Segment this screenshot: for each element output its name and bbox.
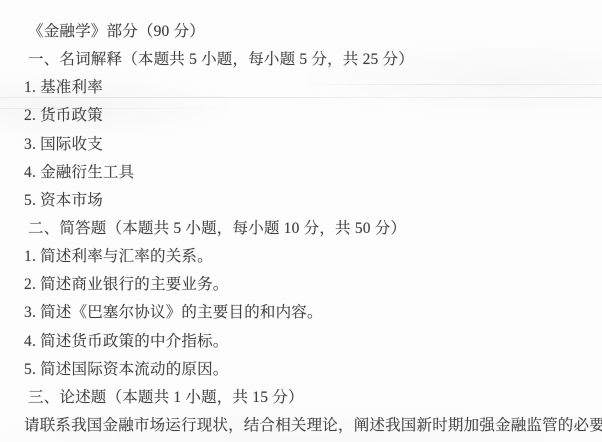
section-2-question-3: 3. 简述《巴塞尔协议》的主要目的和内容。 [0, 299, 602, 327]
section-2-question-4: 4. 简述货币政策的中介指标。 [0, 328, 602, 356]
section-2-question-2: 2. 简述商业银行的主要业务。 [0, 271, 602, 299]
section-1-question-1: 1. 基准利率 [0, 74, 602, 102]
section-1-question-4: 4. 金融衍生工具 [0, 159, 602, 187]
exam-part-title: 《金融学》部分（90 分） [0, 18, 602, 46]
section-1-question-3: 3. 国际收支 [0, 131, 602, 159]
section-2-question-1: 1. 简述利率与汇率的关系。 [0, 243, 602, 271]
section-3-heading: 三、论述题（本题共 1 小题，共 15 分） [0, 384, 602, 412]
section-1-heading: 一、名词解释（本题共 5 小题，每小题 5 分，共 25 分） [0, 46, 602, 74]
section-2-heading: 二、简答题（本题共 5 小题，每小题 10 分，共 50 分） [0, 215, 602, 243]
scanned-exam-page: 《金融学》部分（90 分） 一、名词解释（本题共 5 小题，每小题 5 分，共 … [0, 0, 602, 442]
section-3-essay-question: 请联系我国金融市场运行现状，结合相关理论，阐述我国新时期加强金融监管的必要性。 [0, 412, 602, 440]
exam-document: 《金融学》部分（90 分） 一、名词解释（本题共 5 小题，每小题 5 分，共 … [0, 18, 602, 440]
section-1-question-2: 2. 货币政策 [0, 102, 602, 130]
section-1-question-5: 5. 资本市场 [0, 187, 602, 215]
section-2-question-5: 5. 简述国际资本流动的原因。 [0, 356, 602, 384]
